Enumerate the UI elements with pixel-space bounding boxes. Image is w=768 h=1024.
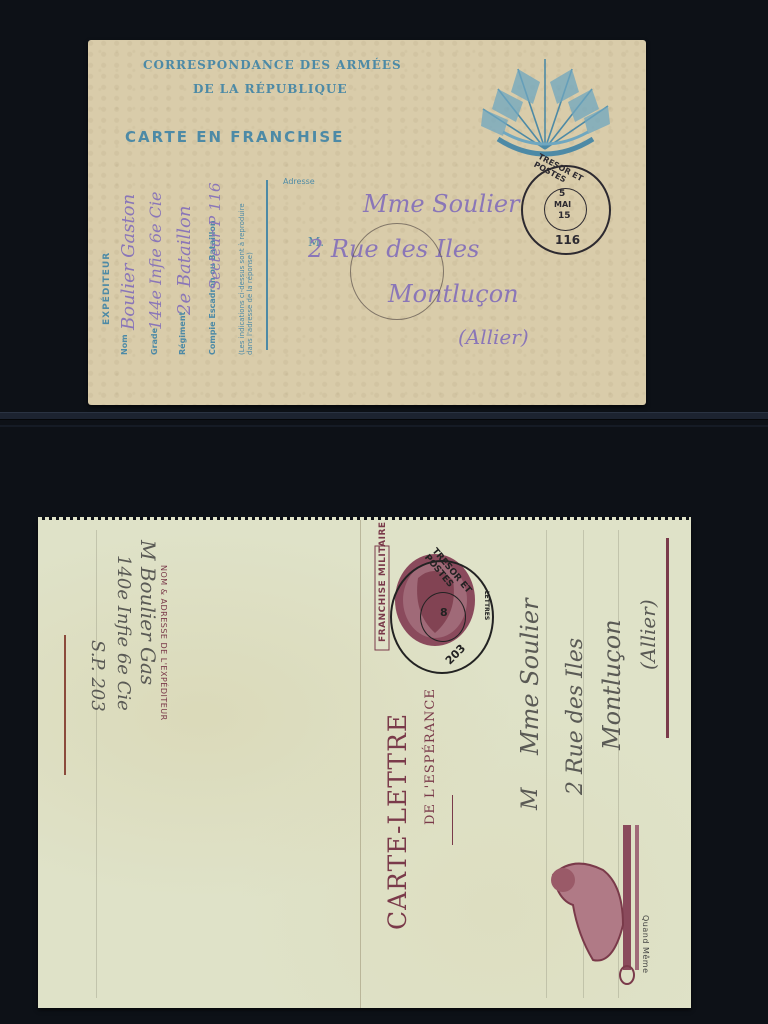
postmark: TRESOR ET POSTES 8 203 LETTRES bbox=[390, 560, 494, 674]
header-line-2: DE LA RÉPUBLIQUE bbox=[193, 82, 348, 96]
card-subtitle: DE L'ESPÉRANCE bbox=[423, 688, 438, 825]
guide-line bbox=[96, 530, 97, 998]
sender-label: NOM & ADRESSE DE L'EXPÉDITEUR bbox=[159, 565, 168, 721]
perforated-edge bbox=[38, 517, 691, 521]
postmark-month: MAI bbox=[554, 200, 571, 209]
postmark-extra: LETTRES bbox=[483, 591, 490, 620]
flags-trophy-icon bbox=[478, 54, 613, 164]
illustration-caption: Quand Même bbox=[641, 915, 650, 974]
sender-section-label: EXPÉDITEUR bbox=[102, 252, 112, 325]
sender-name-value: Boulier Gaston bbox=[118, 194, 139, 330]
right-decorative-rule bbox=[666, 538, 669, 738]
sender-grade-label: Grade bbox=[150, 328, 159, 355]
postmark-day: 8 bbox=[440, 606, 448, 619]
album-page-divider bbox=[0, 412, 768, 420]
left-decorative-rule bbox=[64, 635, 66, 775]
sender-name-label: Nom bbox=[120, 334, 129, 355]
postmark-year: 15 bbox=[558, 211, 571, 221]
recipient-line-2: 2 Rue des Iles bbox=[563, 638, 588, 795]
header-line-1: CORRESPONDANCE DES ARMÉES bbox=[143, 58, 402, 72]
carte-en-franchise-card: CORRESPONDANCE DES ARMÉES DE LA RÉPUBLIQ… bbox=[88, 40, 646, 405]
recipient-line-1: Mme Soulier bbox=[516, 598, 544, 755]
sender-grade-value: 144e Infie 6e Cie bbox=[146, 191, 165, 330]
postmark: TRESOR ET POSTES 5 MAI 15 116 bbox=[521, 165, 611, 255]
sender-note: (Les indications ci-dessus sont à reprod… bbox=[238, 185, 254, 355]
recipient-line-4: (Allier) bbox=[458, 325, 529, 349]
title-ornament bbox=[452, 795, 453, 845]
carte-lettre-card: NOM & ADRESSE DE L'EXPÉDITEUR M Boulier … bbox=[38, 520, 691, 1008]
faint-postmark bbox=[350, 223, 444, 320]
postmark-number: 203 bbox=[443, 642, 468, 667]
sender-regiment-label: Régiment bbox=[178, 312, 187, 355]
fold-line bbox=[360, 520, 361, 1008]
card-title: CARTE-LETTRE bbox=[383, 713, 412, 930]
sender-regiment-value: 2e Bataillon bbox=[174, 206, 195, 315]
sender-divider bbox=[266, 180, 268, 350]
address-label: Adresse bbox=[283, 177, 315, 186]
recipient-line-4: (Allier) bbox=[636, 599, 660, 670]
card-title: CARTE EN FRANCHISE bbox=[125, 128, 344, 146]
recipient-prefix: M bbox=[518, 787, 543, 810]
lion-illustration-icon bbox=[543, 815, 648, 985]
album-page-divider-shadow bbox=[0, 425, 768, 427]
sender-unit-value: Secteur P 116 bbox=[206, 182, 224, 290]
postmark-day: 5 bbox=[559, 189, 565, 199]
recipient-line-1: Mme Soulier bbox=[363, 190, 520, 218]
sender-line-1: M Boulier Gas bbox=[136, 540, 160, 685]
sender-line-3: S.P. 203 bbox=[87, 640, 108, 712]
indicia-label: FRANCHISE MILITAIRE bbox=[378, 521, 388, 642]
sender-line-2: 140e Infie 6e Cie bbox=[113, 555, 134, 711]
postmark-number: 116 bbox=[555, 233, 580, 247]
recipient-line-3: Montluçon bbox=[598, 619, 626, 750]
